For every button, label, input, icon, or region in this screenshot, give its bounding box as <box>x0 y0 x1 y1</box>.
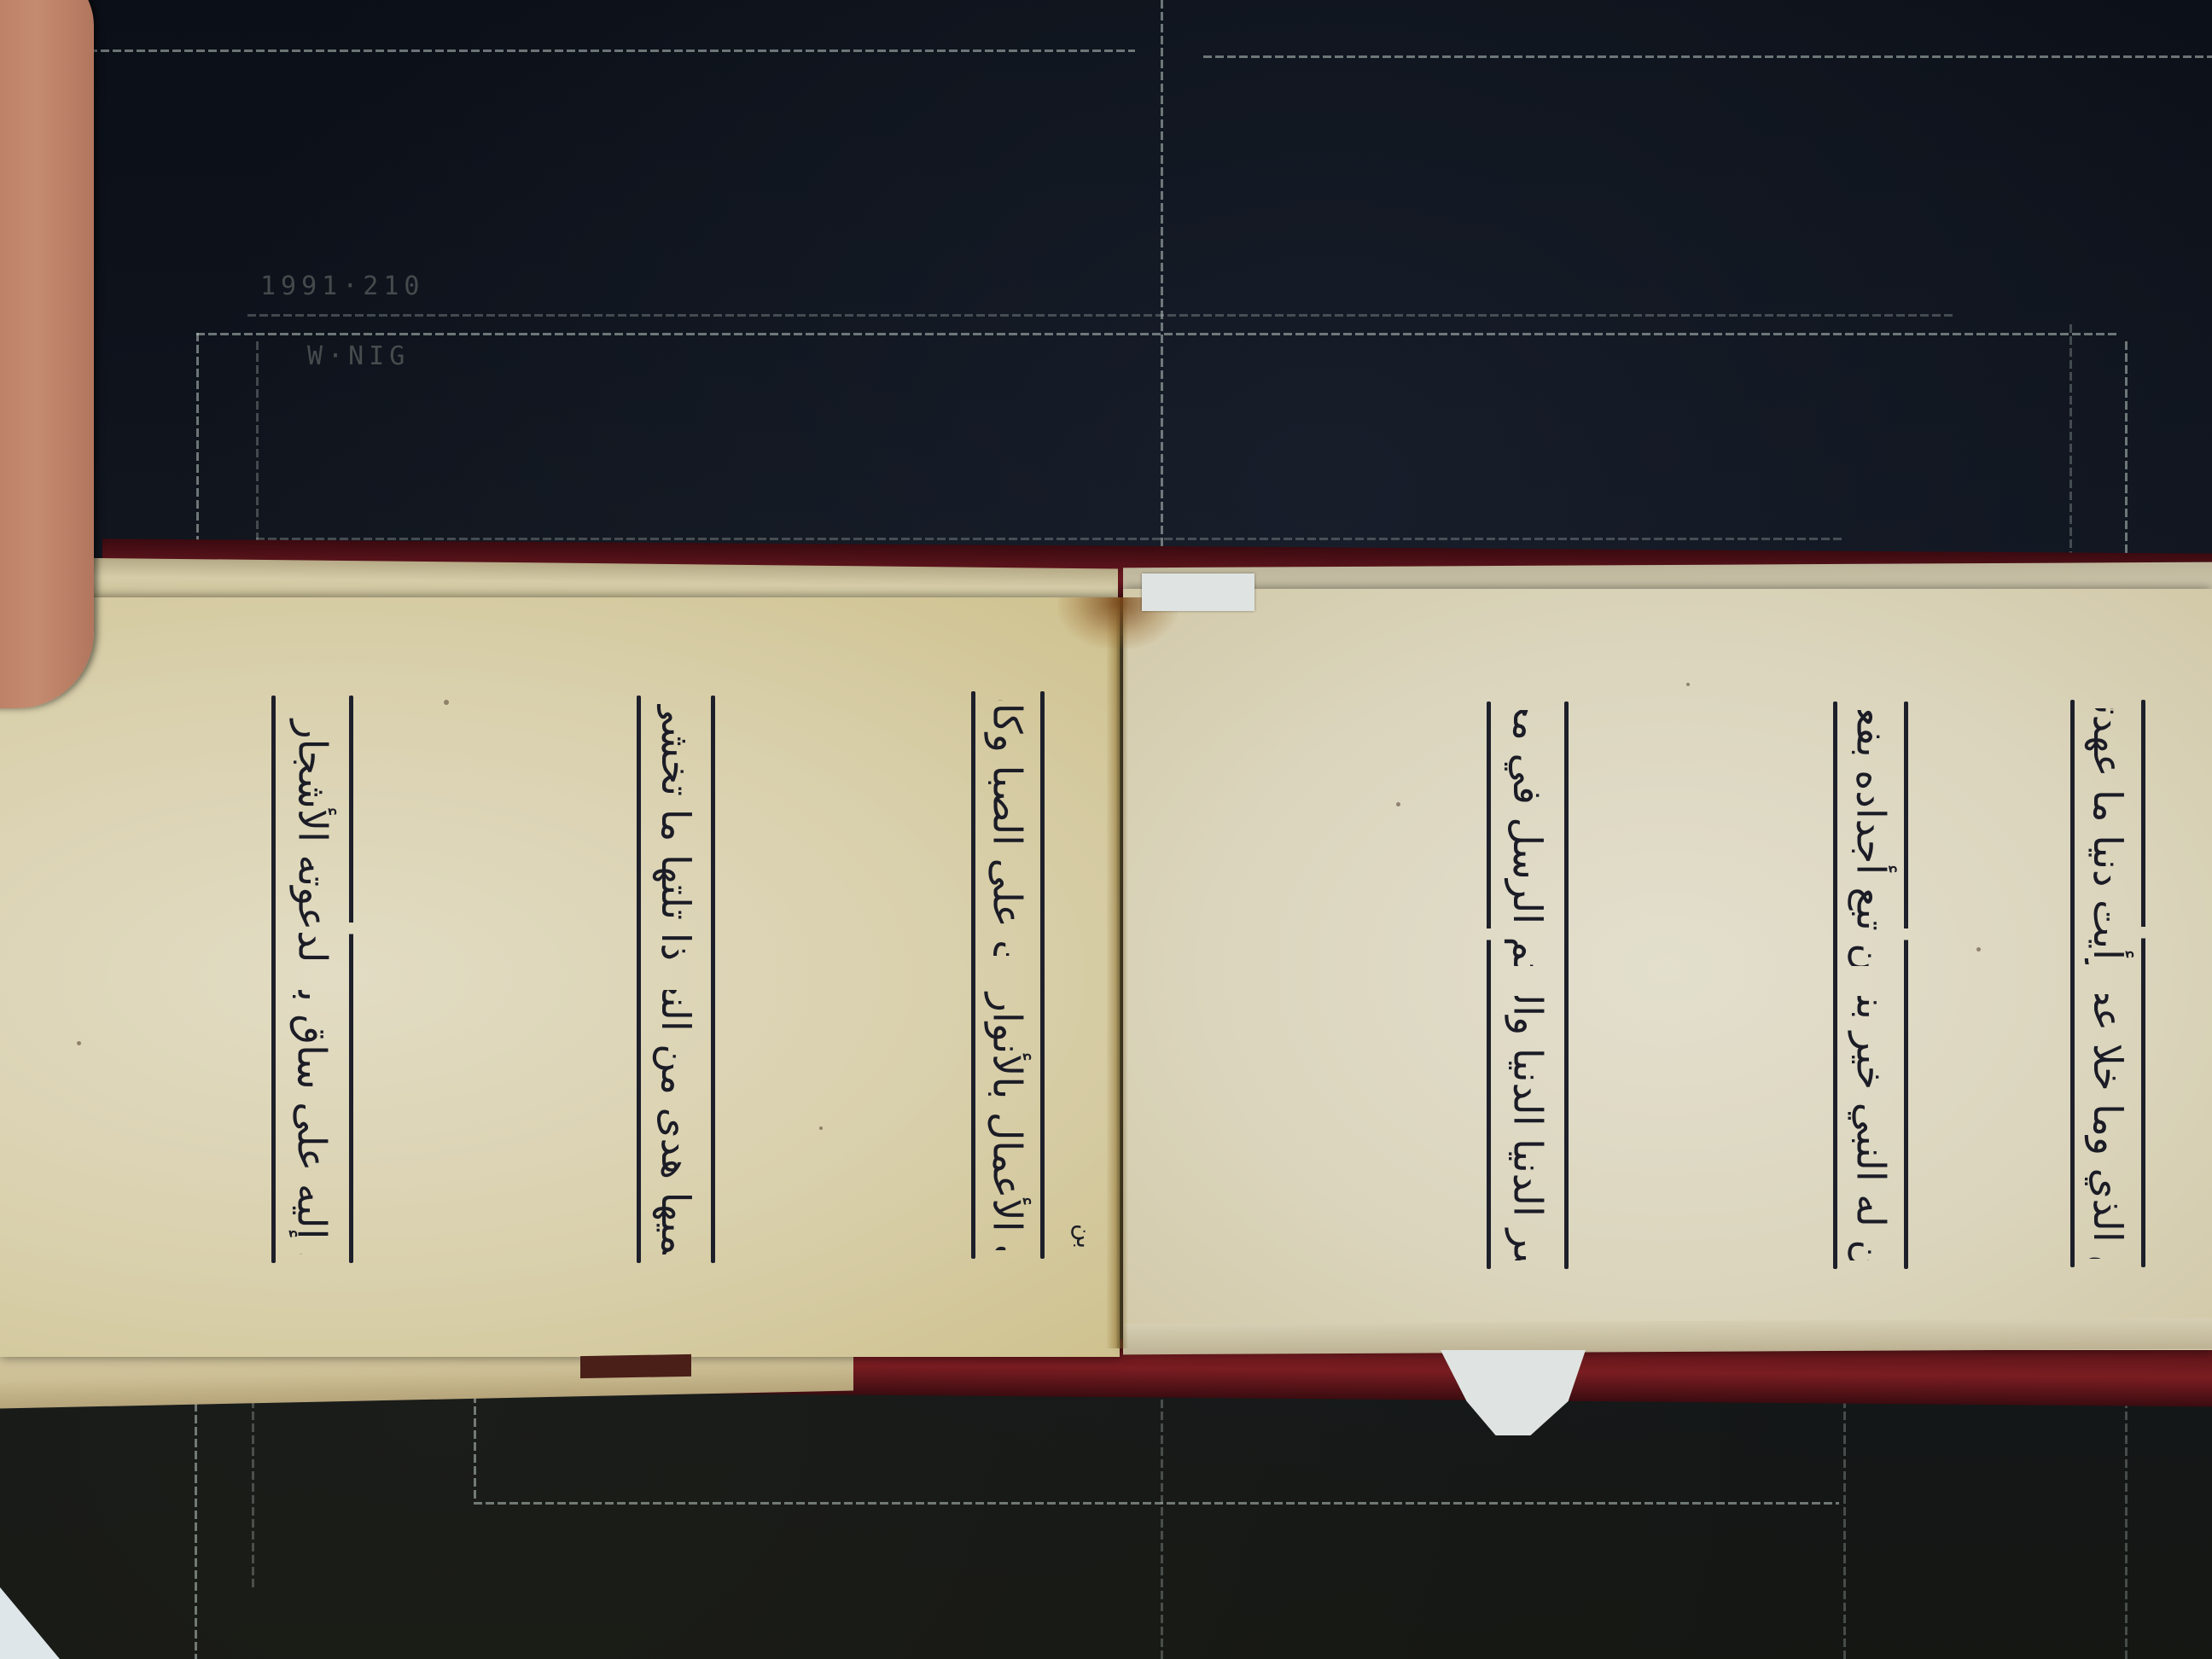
verse-text: من الذي وما خلا عصم <box>2088 994 2128 1259</box>
hemistich-second: لا تنشر الدنيا الدنيا والرسم <box>1493 996 1562 1260</box>
chalk-line <box>2125 341 2128 563</box>
chalk-label-1: 1991·210 <box>260 271 425 301</box>
verse-text: إذا تلتها ما تخشى <box>656 704 696 960</box>
right-page-bottom-stack <box>1123 1318 2212 1355</box>
hemistich-second: حصلت الأعمال بالأنوار والنعم <box>978 986 1038 1250</box>
cover-damage-patch <box>580 1354 691 1378</box>
column-rule <box>637 696 641 1263</box>
catchword: بن <box>1068 1219 1103 1253</box>
verse-text: تحميها هدى من النعم <box>656 990 696 1254</box>
verse-column: يا خاتم الرسل في مجازها لا تنشر الدنيا ا… <box>1487 701 1569 1269</box>
catchword-text: بن <box>1071 1223 1099 1248</box>
column-rule <box>1487 701 1491 1269</box>
chalk-line <box>256 538 1843 540</box>
verse-text: بين له النبي خير بني <box>1851 996 1890 1260</box>
verse-column: إذا تلتها ما تخشى تحميها هدى من النعم <box>637 696 715 1263</box>
left-page <box>0 597 1120 1357</box>
hemistich-second: من الذي وما خلا عصم <box>2077 994 2139 1259</box>
chalk-label-2: W·NIG <box>307 341 410 371</box>
hemistich-first: إذا تلتها ما تخشى <box>643 704 708 960</box>
verse-text: حصلت الأعمال بالأنوار والنعم <box>988 986 1027 1250</box>
column-rule <box>2141 700 2145 1267</box>
verse-text: أطعمت على الصبا وكان التبر <box>988 700 1027 956</box>
hemistich-second: تحميها هدى من النعم <box>643 990 708 1254</box>
right-page <box>1123 589 2212 1350</box>
chalk-line <box>195 1391 197 1659</box>
chalk-line <box>2125 1400 2128 1659</box>
column-rule <box>1564 701 1569 1269</box>
hemistich-first: ومن تبع أجداده بفعاله <box>1840 710 1901 966</box>
column-rule <box>971 691 975 1259</box>
column-rule <box>349 696 353 1263</box>
chalk-line <box>2069 324 2072 563</box>
verse-text: ومن تبع أجداده بفعاله <box>1851 710 1890 966</box>
column-rule <box>1904 701 1908 1269</box>
chalk-line <box>474 1382 476 1502</box>
column-rule <box>1040 691 1045 1259</box>
chalk-line <box>1843 1400 1846 1659</box>
thumb <box>0 0 94 708</box>
chalk-line <box>196 333 2116 335</box>
chalk-line <box>196 333 199 546</box>
chalk-line <box>252 1400 254 1587</box>
verse-text: جاءت لدعوته الأشجار ساجدة <box>293 704 332 960</box>
hemistich-first: أطعمت على الصبا وكان التبر <box>978 700 1038 956</box>
chalk-line <box>1161 1400 1163 1659</box>
hemistich-first: جاءت لدعوته الأشجار ساجدة <box>278 704 346 960</box>
column-rule <box>711 696 715 1263</box>
chalk-line <box>77 49 1135 52</box>
chalk-line <box>256 341 259 546</box>
hemistich-second: بين له النبي خير بني <box>1840 996 1901 1260</box>
chalk-line <box>474 1502 1839 1505</box>
verse-text: تمشي إليه على ساق بلا قدم <box>293 990 332 1254</box>
verse-column: جاءت لدعوته الأشجار ساجدة تمشي إليه على … <box>271 696 353 1263</box>
hemistich-second: تمشي إليه على ساق بلا قدم <box>278 990 346 1254</box>
hemistich-first: أرأيت دنيا ما عهدته <box>2077 708 2139 964</box>
verse-text: لا تنشر الدنيا الدنيا والرسم <box>1508 996 1547 1260</box>
chalk-line <box>1161 0 1163 546</box>
chalk-line <box>247 314 1954 317</box>
column-rule <box>2070 700 2075 1267</box>
book-gutter <box>1106 597 1128 1348</box>
verse-column: أطعمت على الصبا وكان التبر حصلت الأعمال … <box>971 691 1045 1259</box>
column-rule <box>1833 701 1837 1269</box>
verse-text: أرأيت دنيا ما عهدته <box>2088 708 2128 964</box>
chalk-line <box>1203 55 2212 58</box>
paper-tab-top <box>1142 573 1254 611</box>
verse-column: أرأيت دنيا ما عهدته من الذي وما خلا عصم <box>2070 700 2145 1267</box>
column-rule <box>271 696 276 1263</box>
verse-text: يا خاتم الرسل في مجازها <box>1508 710 1547 966</box>
hemistich-first: يا خاتم الرسل في مجازها <box>1493 710 1562 966</box>
verse-column: ومن تبع أجداده بفعاله بين له النبي خير ب… <box>1833 701 1908 1269</box>
